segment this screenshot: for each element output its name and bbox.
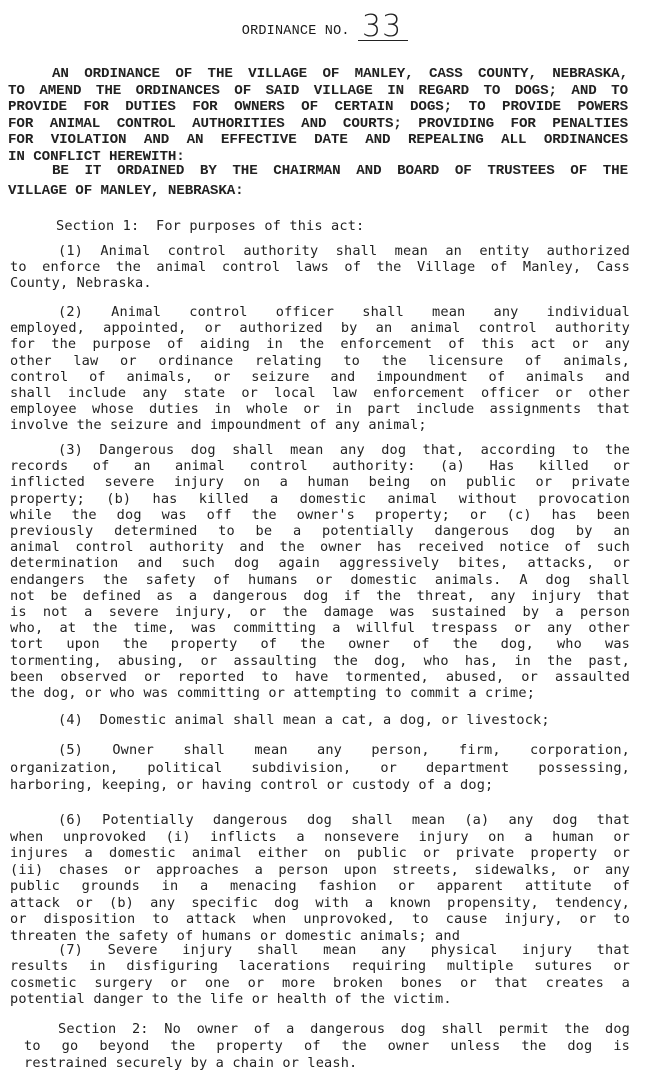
definition-6-line: public grounds in a menacing fashion or … bbox=[10, 878, 630, 894]
definition-3-line: endangers the safety of humans or domest… bbox=[10, 572, 630, 588]
definition-7-line: (7) Severe injury shall mean any physica… bbox=[58, 942, 630, 958]
definition-6-line: injures a domestic animal either on publ… bbox=[10, 845, 630, 861]
definition-3-line: the dog, or who was committing or attemp… bbox=[10, 685, 630, 701]
definition-6-line: (ii) chases or approaches a person upon … bbox=[10, 862, 630, 878]
section-2-line: restrained securely by a chain or leash. bbox=[24, 1055, 630, 1071]
preamble-line: AN ORDINANCE OF THE VILLAGE OF MANLEY, C… bbox=[52, 66, 628, 82]
definition-1-line: County, Nebraska. bbox=[10, 275, 630, 291]
definition-2-line: (2) Animal control officer shall mean an… bbox=[58, 304, 630, 320]
preamble-line: PROVIDE FOR DUTIES FOR OWNERS OF CERTAIN… bbox=[8, 99, 628, 115]
enacting-line: VILLAGE OF MANLEY, NEBRASKA: bbox=[8, 183, 628, 199]
definition-7-line: cosmetic surgery or one or more broken b… bbox=[10, 975, 630, 991]
definition-7-line: potential danger to the life or health o… bbox=[10, 991, 630, 1007]
definition-6-line: when unprovoked (i) inflicts a nonsevere… bbox=[10, 829, 630, 845]
definition-2-line: shall include any state or local law enf… bbox=[10, 385, 630, 401]
definition-3-line: is not a severe injury, or the damage wa… bbox=[10, 604, 630, 620]
definition-7-line: results in disfiguring lacerations requi… bbox=[10, 958, 630, 974]
definition-4-line: (4) Domestic animal shall mean a cat, a … bbox=[58, 712, 630, 728]
section-1-heading: Section 1: For purposes of this act: bbox=[56, 218, 650, 234]
definition-6-line: or disposition to attack when unprovoked… bbox=[10, 911, 630, 927]
definition-3-line: records of an animal control authority: … bbox=[10, 458, 630, 474]
definition-3-line: while the dog was off the owner's proper… bbox=[10, 507, 630, 523]
definition-3-line: previously determined to be a potentiall… bbox=[10, 523, 630, 539]
definition-2-line: employed, appointed, or authorized by an… bbox=[10, 320, 630, 336]
definition-1-line: to enforce the animal control laws of th… bbox=[10, 259, 630, 275]
definition-3-line: been observed or reported to have tormen… bbox=[10, 669, 630, 685]
preamble-line: FOR ANIMAL CONTROL AUTHORITIES AND COURT… bbox=[8, 116, 628, 132]
definition-3-line: tort upon the property of the owner of t… bbox=[10, 636, 630, 652]
definition-2-line: control of animals, or seizure and impou… bbox=[10, 369, 630, 385]
enacting-line: BE IT ORDAINED BY THE CHAIRMAN AND BOARD… bbox=[52, 163, 628, 179]
definition-6-line: (6) Potentially dangerous dog shall mean… bbox=[58, 812, 630, 828]
ordinance-page: ORDINANCE NO. 33 AN ORDINANCE OF THE VIL… bbox=[0, 0, 650, 1091]
definition-2-line: employee whose duties in whole or in par… bbox=[10, 401, 630, 417]
definition-3-line: determination and such dog again aggress… bbox=[10, 555, 630, 571]
definition-1-line: (1) Animal control authority shall mean … bbox=[58, 243, 630, 259]
section-2-line: to go beyond the property of the owner u… bbox=[24, 1038, 630, 1054]
definition-5-line: (5) Owner shall mean any person, firm, c… bbox=[58, 742, 630, 758]
definition-2-line: for the purpose of aiding in the enforce… bbox=[10, 336, 630, 352]
definition-3-line: who, at the time, was committing a willf… bbox=[10, 620, 630, 636]
definition-3-line: inflicted severe injury on a human being… bbox=[10, 474, 630, 490]
definition-5-line: organization, political subdivision, or … bbox=[10, 760, 630, 776]
definition-2-line: other law or ordinance relating to the l… bbox=[10, 353, 630, 369]
title-prefix: ORDINANCE NO. bbox=[242, 24, 350, 39]
ordinance-title: ORDINANCE NO. 33 bbox=[0, 14, 650, 41]
ordinance-number: 33 bbox=[358, 14, 408, 41]
preamble-line: FOR VIOLATION AND AN EFFECTIVE DATE AND … bbox=[8, 132, 628, 148]
section-2-line: Section 2: No owner of a dangerous dog s… bbox=[58, 1021, 630, 1037]
definition-3-line: property; (b) has killed a domestic anim… bbox=[10, 491, 630, 507]
definition-3-line: not be defined as a dangerous dog if the… bbox=[10, 588, 630, 604]
definition-2-line: involve the seizure and impoundment of a… bbox=[10, 417, 630, 433]
definition-5-line: harboring, keeping, or having control or… bbox=[10, 777, 630, 793]
preamble-line: TO AMEND THE ORDINANCES OF SAID VILLAGE … bbox=[8, 83, 628, 99]
definition-3-line: animal control authority and the owner h… bbox=[10, 539, 630, 555]
definition-6-line: attack or (b) any specific dog with a kn… bbox=[10, 895, 630, 911]
definition-3-line: (3) Dangerous dog shall mean any dog tha… bbox=[58, 442, 630, 458]
definition-3-line: tormenting, abusing, or assaulting the d… bbox=[10, 653, 630, 669]
